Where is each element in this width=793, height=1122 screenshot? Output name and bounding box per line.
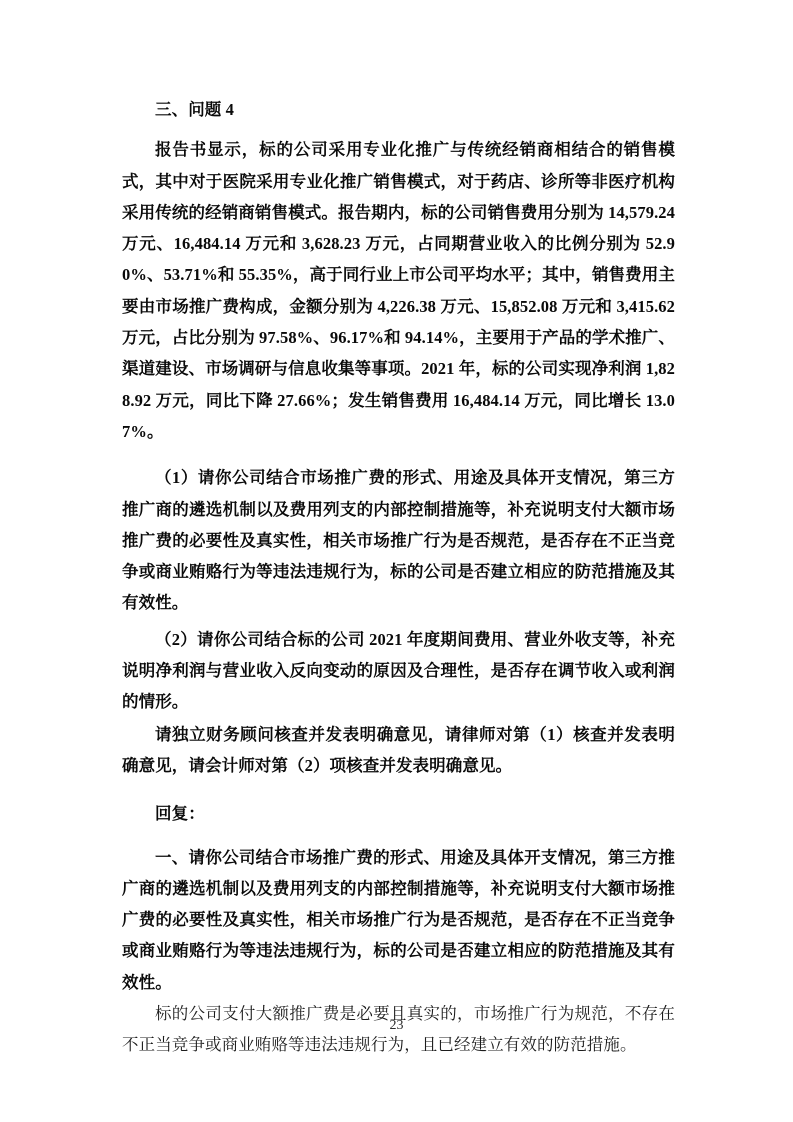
paragraph-verification-request: 请独立财务顾问核查并发表明确意见，请律师对第（1）核查并发表明确意见，请会计师对… [122, 719, 675, 782]
paragraph-reply-label: 回复： [122, 798, 675, 829]
page-number: 23 [0, 1016, 793, 1036]
paragraph-question-2: （2）请你公司结合标的公司 2021 年度期间费用、营业外收支等，补充说明净利润… [122, 624, 675, 718]
paragraph-question-1: （1）请你公司结合市场推广费的形式、用途及具体开支情况，第三方推广商的遴选机制以… [122, 462, 675, 618]
section-heading: 三、问题 4 [122, 94, 675, 125]
document-page: 三、问题 4 报告书显示，标的公司采用专业化推广与传统经销商相结合的销售模式，其… [0, 0, 793, 1122]
paragraph-restated-question-1: 一、请你公司结合市场推广费的形式、用途及具体开支情况，第三方推广商的遴选机制以及… [122, 842, 675, 998]
document-content: 三、问题 4 报告书显示，标的公司采用专业化推广与传统经销商相结合的销售模式，其… [122, 94, 675, 1061]
paragraph-background-summary: 报告书显示，标的公司采用专业化推广与传统经销商相结合的销售模式，其中对于医院采用… [122, 134, 675, 447]
